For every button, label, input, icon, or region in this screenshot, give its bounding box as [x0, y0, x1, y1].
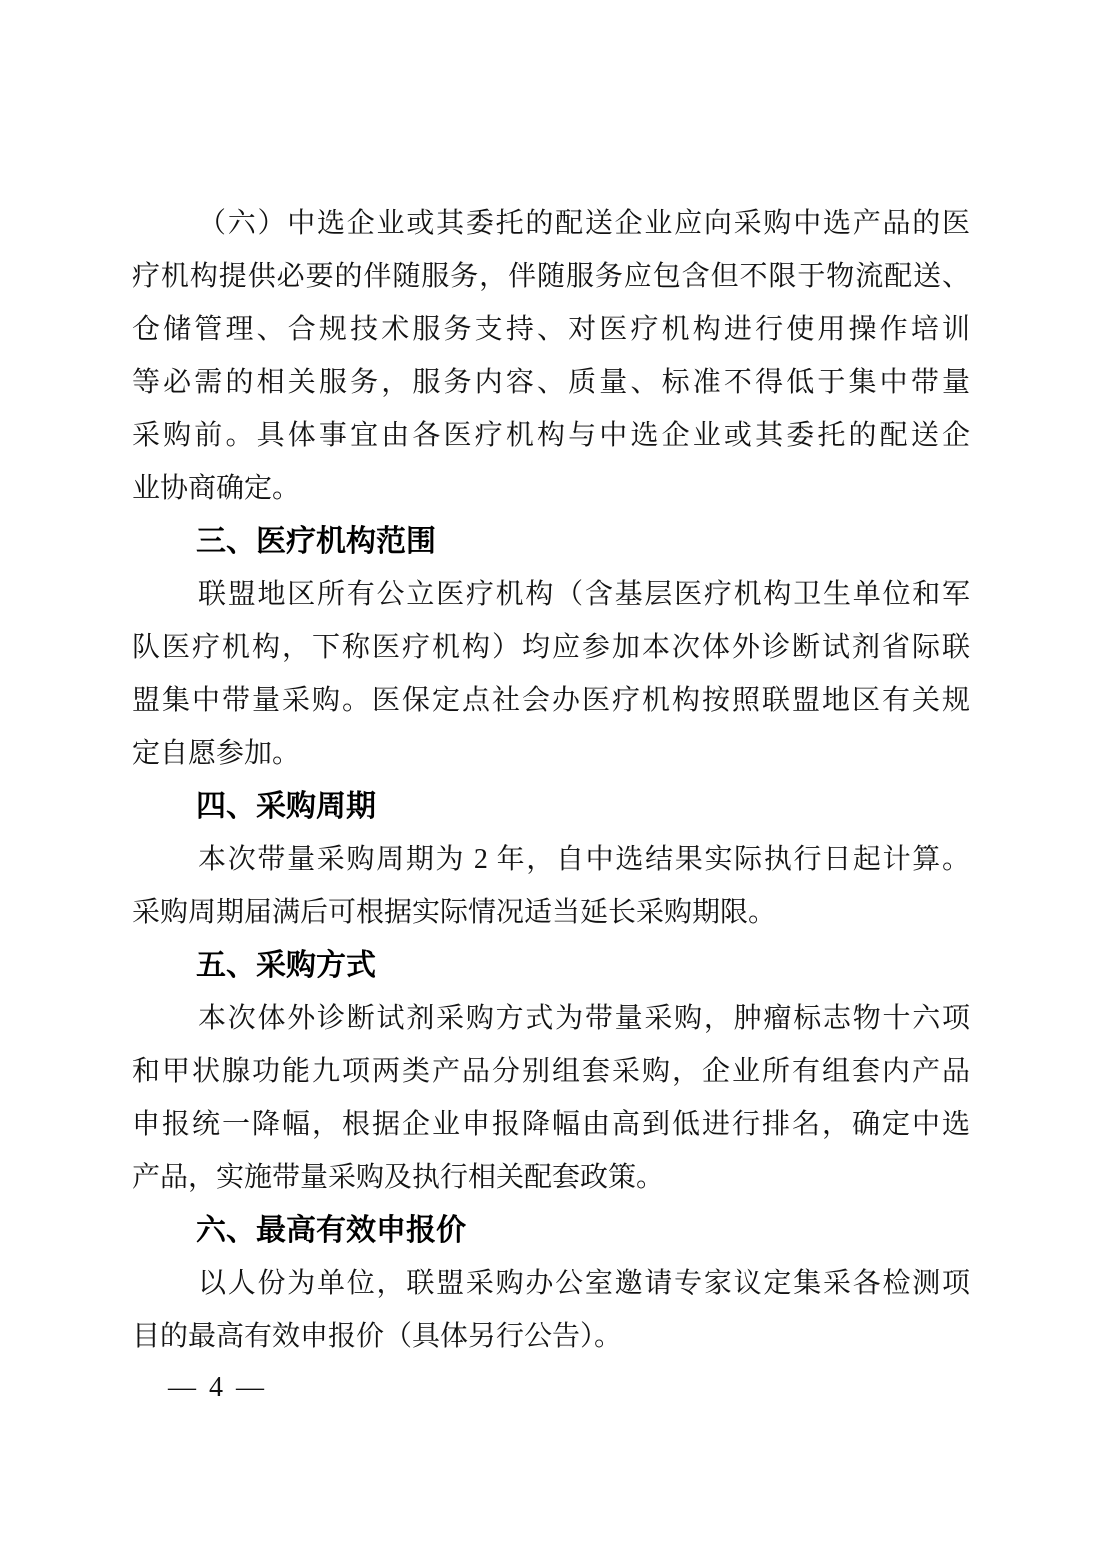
para-six-line-1: （六）中选企业或其委托的配送企业应向采购中选产品的医: [132, 197, 970, 250]
para-six-line-6: 业协商确定。: [132, 462, 970, 515]
para-method-line-1: 本次体外诊断试剂采购方式为带量采购，肿瘤标志物十六项: [132, 992, 970, 1045]
para-six-line-3: 仓储管理、合规技术服务支持、对医疗机构进行使用操作培训: [132, 303, 970, 356]
para-six-line-2: 疗机构提供必要的伴随服务，伴随服务应包含但不限于物流配送、: [132, 250, 970, 303]
document-page: （六）中选企业或其委托的配送企业应向采购中选产品的医 疗机构提供必要的伴随服务，…: [0, 0, 1102, 1559]
para-scope-line-2: 队医疗机构，下称医疗机构）均应参加本次体外诊断试剂省际联: [132, 621, 970, 674]
para-period-line-2: 采购周期届满后可根据实际情况适当延长采购期限。: [132, 886, 970, 939]
page-number: — 4 —: [168, 1370, 267, 1406]
para-scope-line-4: 定自愿参加。: [132, 727, 970, 780]
para-six-line-5: 采购前。具体事宜由各医疗机构与中选企业或其委托的配送企: [132, 409, 970, 462]
heading-section-four: 四、采购周期: [132, 780, 970, 833]
para-six-line-4: 等必需的相关服务，服务内容、质量、标准不得低于集中带量: [132, 356, 970, 409]
heading-section-three: 三、医疗机构范围: [132, 515, 970, 568]
para-price-line-1: 以人份为单位，联盟采购办公室邀请专家议定集采各检测项: [132, 1257, 970, 1310]
para-price-line-2: 目的最高有效申报价（具体另行公告）。: [132, 1310, 970, 1363]
para-method-line-3: 申报统一降幅，根据企业申报降幅由高到低进行排名，确定中选: [132, 1098, 970, 1151]
para-method-line-2: 和甲状腺功能九项两类产品分别组套采购，企业所有组套内产品: [132, 1045, 970, 1098]
document-body: （六）中选企业或其委托的配送企业应向采购中选产品的医 疗机构提供必要的伴随服务，…: [132, 197, 970, 1363]
heading-section-five: 五、采购方式: [132, 939, 970, 992]
para-scope-line-1: 联盟地区所有公立医疗机构（含基层医疗机构卫生单位和军: [132, 568, 970, 621]
heading-section-six: 六、最高有效申报价: [132, 1204, 970, 1257]
para-method-line-4: 产品，实施带量采购及执行相关配套政策。: [132, 1151, 970, 1204]
para-scope-line-3: 盟集中带量采购。医保定点社会办医疗机构按照联盟地区有关规: [132, 674, 970, 727]
para-period-line-1: 本次带量采购周期为 2 年，自中选结果实际执行日起计算。: [132, 833, 970, 886]
